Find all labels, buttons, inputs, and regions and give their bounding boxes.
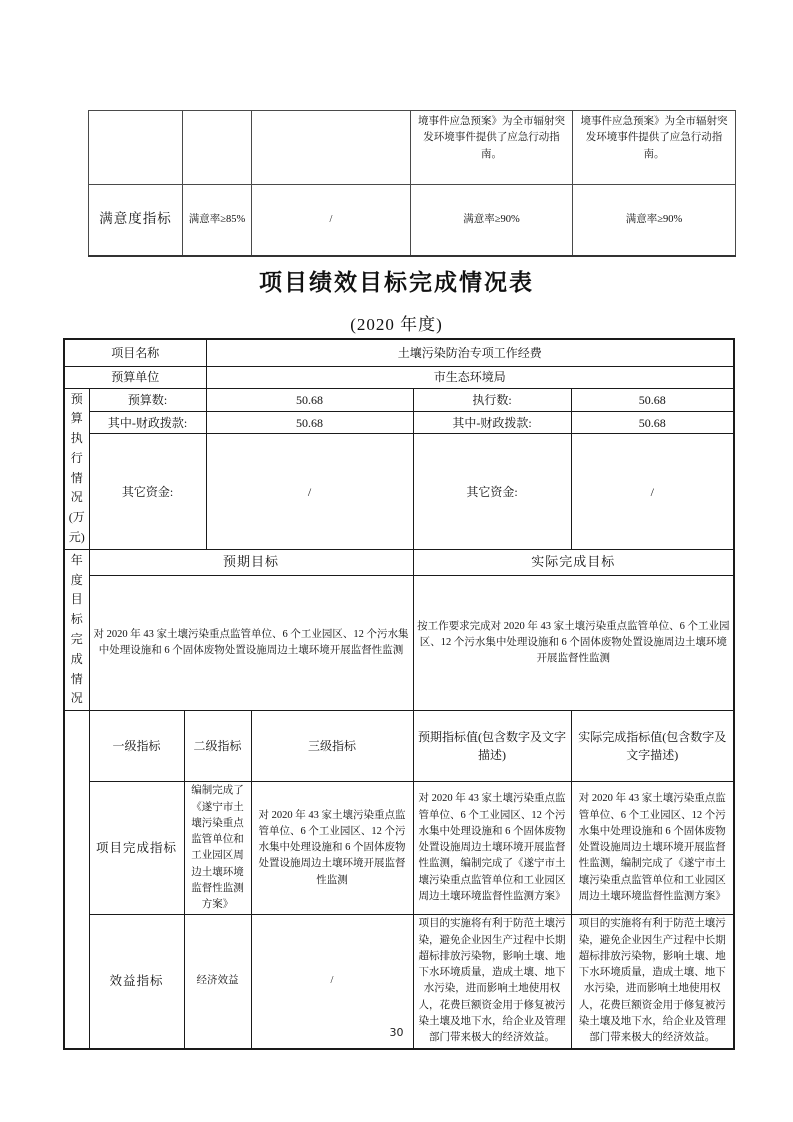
- level3-indicator-header: 三级指标: [251, 711, 413, 782]
- expected-goal-header: 预期目标: [89, 549, 413, 575]
- fiscal-allocation-value-right: 50.68: [571, 411, 734, 433]
- expected-indicator-value-header: 预期指标值(包含数字及文字描述): [413, 711, 571, 782]
- satisfaction-expected-cell: 满意率≥90%: [411, 185, 573, 256]
- annual-goals-section-label: 年度目标完成情况: [64, 549, 89, 710]
- empty-cell: [183, 111, 252, 185]
- emergency-plan-text-actual: 境事件应急预案》为全市辐射突发环境事件提供了应急行动指南。: [573, 111, 736, 185]
- project-completion-actual-cell: 对 2020 年 43 家土壤污染重点监管单位、6 个工业园区、12 个污水集中…: [571, 782, 734, 915]
- project-completion-indicator-row: 项目完成指标 编制完成了《遂宁市土壤污染重点监管单位和工业园区周边土壤环境监督性…: [64, 782, 734, 915]
- page-title: 项目绩效目标完成情况表: [0, 264, 793, 297]
- other-funds-row: 其它资金: / 其它资金: /: [64, 434, 734, 549]
- fiscal-allocation-value-left: 50.68: [206, 411, 413, 433]
- empty-cell: [252, 111, 411, 185]
- budget-number-row: 预算执行情况(万元) 预算数: 50.68 执行数: 50.68: [64, 388, 734, 411]
- goals-text-row: 对 2020 年 43 家土壤污染重点监管单位、6 个工业园区、12 个污水集中…: [64, 575, 734, 711]
- project-completion-level2-cell: 编制完成了《遂宁市土壤污染重点监管单位和工业园区周边土壤环境监督性监测方案》: [184, 782, 251, 915]
- execution-number-label: 执行数:: [413, 388, 571, 411]
- project-completion-indicator-label: 项目完成指标: [89, 782, 184, 915]
- goals-header-row: 年度目标完成情况 预期目标 实际完成目标: [64, 549, 734, 575]
- fiscal-allocation-label-left: 其中-财政拨款:: [89, 411, 206, 433]
- performance-completion-table: 项目名称 土壤污染防治专项工作经费 预算单位 市生态环境局 预算执行情况(万元)…: [63, 338, 735, 1050]
- actual-goal-text: 按工作要求完成对 2020 年 43 家土壤污染重点监管单位、6 个工业园区、1…: [413, 575, 734, 711]
- document-page: 境事件应急预案》为全市辐射突发环境事件提供了应急行动指南。 境事件应急预案》为全…: [0, 0, 793, 1122]
- project-name-label: 项目名称: [64, 339, 206, 366]
- budget-number-label: 预算数:: [89, 388, 206, 411]
- indicator-header-row: 一级指标 二级指标 三级指标 预期指标值(包含数字及文字描述) 实际完成指标值(…: [64, 711, 734, 782]
- budget-unit-label: 预算单位: [64, 366, 206, 388]
- actual-goal-header: 实际完成目标: [413, 549, 734, 575]
- performance-indicators-section-label: [64, 711, 89, 1049]
- satisfaction-actual-cell: 满意率≥90%: [573, 185, 736, 256]
- slash-cell: /: [252, 185, 411, 256]
- actual-indicator-value-header: 实际完成指标值(包含数字及文字描述): [571, 711, 734, 782]
- fiscal-allocation-label-right: 其中-财政拨款:: [413, 411, 571, 433]
- fiscal-allocation-row: 其中-财政拨款: 50.68 其中-财政拨款: 50.68: [64, 411, 734, 433]
- satisfaction-indicator-table: 境事件应急预案》为全市辐射突发环境事件提供了应急行动指南。 境事件应急预案》为全…: [88, 110, 736, 257]
- empty-cell: [89, 111, 183, 185]
- emergency-plan-text-expected: 境事件应急预案》为全市辐射突发环境事件提供了应急行动指南。: [411, 111, 573, 185]
- table-row: 境事件应急预案》为全市辐射突发环境事件提供了应急行动指南。 境事件应急预案》为全…: [89, 111, 736, 185]
- other-funds-value-right: /: [571, 434, 734, 549]
- satisfaction-indicator-label: 满意度指标: [89, 185, 183, 256]
- expected-goal-text: 对 2020 年 43 家土壤污染重点监管单位、6 个工业园区、12 个污水集中…: [89, 575, 413, 711]
- budget-unit-value: 市生态环境局: [206, 366, 734, 388]
- project-name-value: 土壤污染防治专项工作经费: [206, 339, 734, 366]
- project-completion-expected-cell: 对 2020 年 43 家土壤污染重点监管单位、6 个工业园区、12 个污水集中…: [413, 782, 571, 915]
- table-row: 满意度指标 满意率≥85% / 满意率≥90% 满意率≥90%: [89, 185, 736, 256]
- level1-indicator-header: 一级指标: [89, 711, 184, 782]
- page-number: 30: [0, 1026, 793, 1039]
- other-funds-value-left: /: [206, 434, 413, 549]
- level2-indicator-header: 二级指标: [184, 711, 251, 782]
- budget-execution-section-label: 预算执行情况(万元): [64, 388, 89, 549]
- other-funds-label-right: 其它资金:: [413, 434, 571, 549]
- budget-unit-row: 预算单位 市生态环境局: [64, 366, 734, 388]
- other-funds-label-left: 其它资金:: [89, 434, 206, 549]
- project-name-row: 项目名称 土壤污染防治专项工作经费: [64, 339, 734, 366]
- budget-number-value: 50.68: [206, 388, 413, 411]
- project-completion-level3-cell: 对 2020 年 43 家土壤污染重点监管单位、6 个工业园区、12 个污水集中…: [251, 782, 413, 915]
- page-subtitle: (2020 年度): [0, 310, 793, 335]
- execution-number-value: 50.68: [571, 388, 734, 411]
- satisfaction-target-cell: 满意率≥85%: [183, 185, 252, 256]
